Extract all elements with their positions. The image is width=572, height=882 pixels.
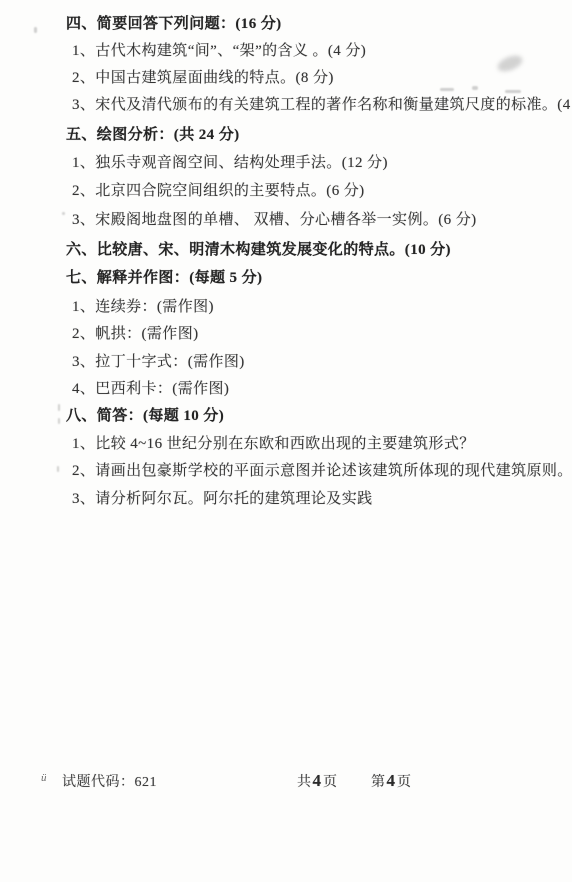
scan-speck — [62, 212, 65, 215]
section-5-title: 五、绘图分析：(共 24 分) — [66, 125, 240, 145]
scanned-exam-page: 四、简要回答下列问题：(16 分) 1、古代木构建筑“间”、“架”的含义 。(4… — [0, 0, 572, 882]
section-8-item-1: 1、比较 4~16 世纪分别在东欧和西欧出现的主要建筑形式？ — [72, 434, 475, 454]
section-7-item-2: 2、帆拱：(需作图) — [72, 324, 199, 344]
exam-code-value: 621 — [135, 775, 158, 790]
total-pages-number: 4 — [312, 771, 324, 790]
current-page-prefix: 第 — [371, 775, 386, 790]
scan-speck — [440, 88, 454, 91]
total-pages: 共4页 — [297, 771, 338, 791]
scan-speck — [57, 466, 59, 472]
section-5-item-2: 2、北京四合院空间组织的主要特点。(6 分) — [72, 181, 365, 201]
section-7-item-4: 4、巴西利卡：(需作图) — [72, 379, 229, 399]
total-pages-suffix: 页 — [323, 775, 338, 790]
section-7-item-3: 3、拉丁十字式：(需作图) — [72, 352, 245, 372]
stray-pen-mark: ü — [41, 772, 47, 784]
current-page-suffix: 页 — [397, 775, 412, 790]
section-7-item-1: 1、连续券：(需作图) — [72, 297, 214, 317]
total-pages-prefix: 共 — [297, 775, 312, 790]
exam-code: 试题代码：621 — [62, 771, 157, 791]
section-4-item-2: 2、中国古建筑屋面曲线的特点。(8 分) — [72, 68, 334, 88]
section-8-item-2: 2、请画出包豪斯学校的平面示意图并论述该建筑所体现的现代建筑原则。 — [72, 461, 572, 481]
section-5-item-3: 3、宋殿阁地盘图的单槽、 双槽、分心槽各举一实例。(6 分) — [72, 210, 477, 230]
current-page: 第4页 — [371, 771, 412, 791]
scan-speck — [58, 404, 60, 411]
scan-speck — [58, 418, 60, 424]
section-4-item-3: 3、宋代及清代颁布的有关建筑工程的著作名称和衡量建筑尺度的标准。(4 分) — [72, 95, 572, 115]
section-8-title: 八、简答：(每题 10 分) — [66, 406, 224, 426]
scan-speck — [472, 86, 478, 90]
section-4-title: 四、简要回答下列问题：(16 分) — [66, 14, 282, 34]
section-5-item-1: 1、独乐寺观音阁空间、结构处理手法。(12 分) — [72, 153, 388, 173]
section-6-title: 六、比较唐、宋、明清木构建筑发展变化的特点。(10 分) — [66, 240, 451, 260]
scan-smudge — [496, 53, 525, 75]
current-page-number: 4 — [386, 771, 398, 790]
section-4-item-1: 1、古代木构建筑“间”、“架”的含义 。(4 分) — [72, 41, 366, 61]
exam-code-label: 试题代码： — [62, 775, 135, 790]
scan-speck — [505, 90, 521, 93]
section-8-item-3: 3、请分析阿尔瓦。阿尔托的建筑理论及实践 — [72, 489, 373, 509]
scan-speck — [34, 27, 37, 33]
section-7-title: 七、解释并作图：(每题 5 分) — [66, 268, 262, 288]
